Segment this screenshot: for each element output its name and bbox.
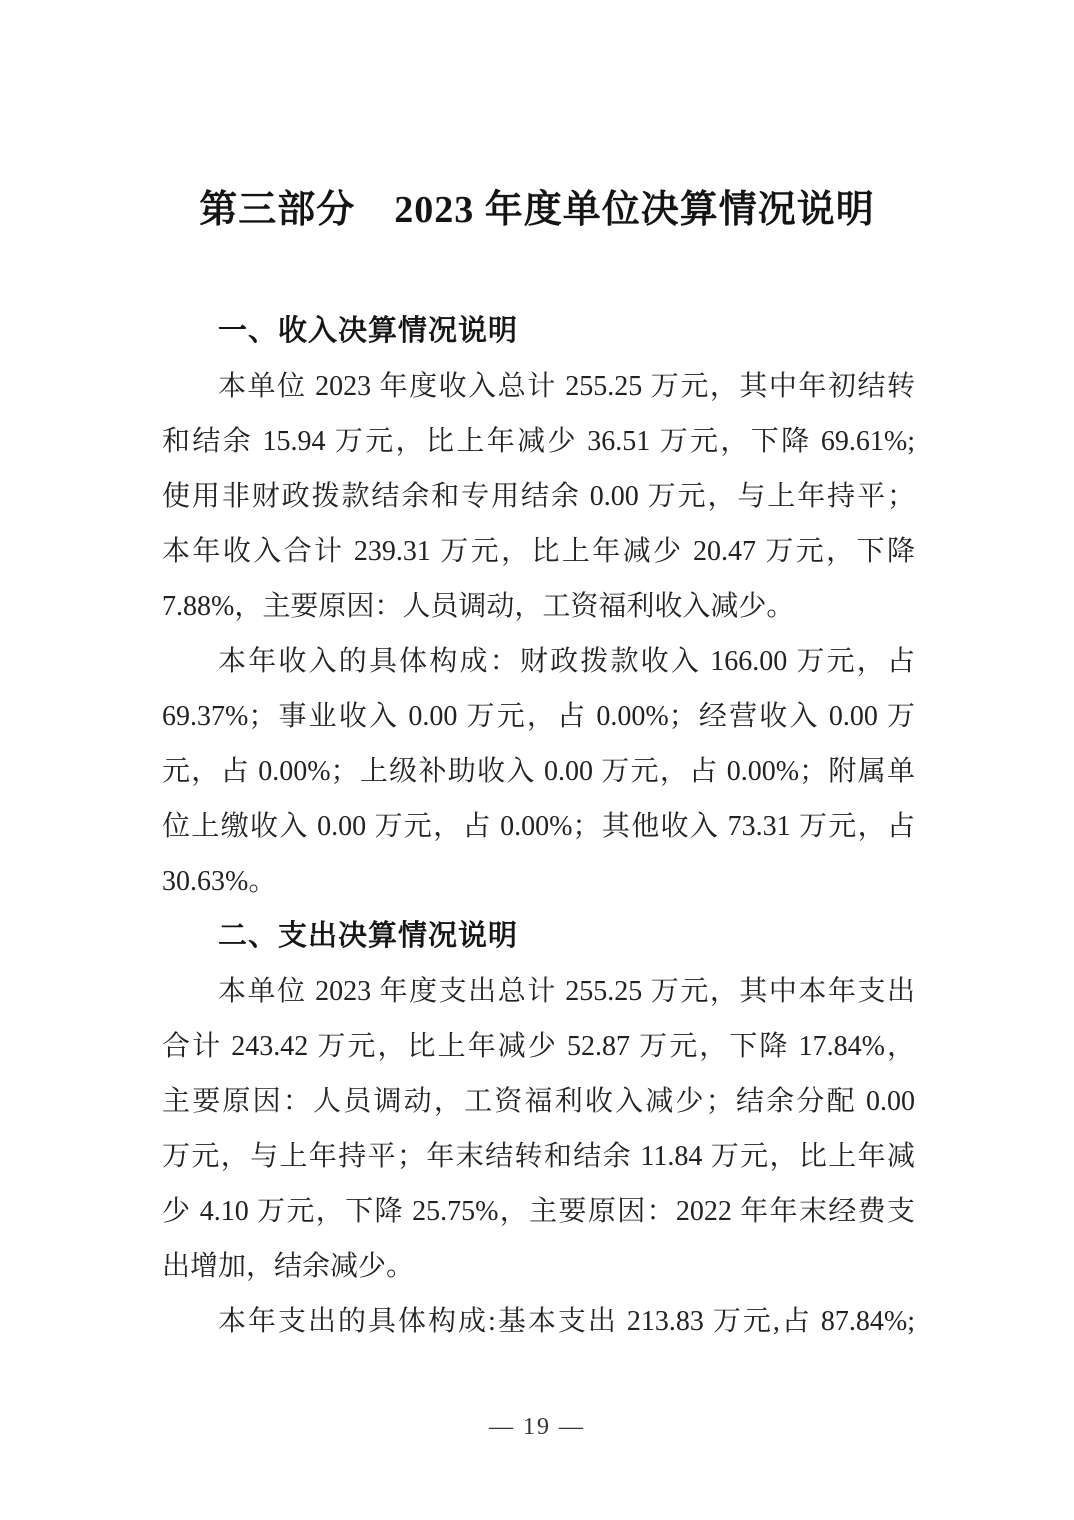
document-line: 元，占 0.00%；上级补助收入 0.00 万元，占 0.00%；附属单 xyxy=(162,744,915,799)
document-line: 本年收入合计 239.31 万元，比上年减少 20.47 万元，下降 xyxy=(162,524,915,579)
document-line: 7.88%，主要原因：人员调动，工资福利收入减少。 xyxy=(162,579,915,634)
document-line: 少 4.10 万元，下降 25.75%，主要原因：2022 年年末经费支 xyxy=(162,1184,915,1239)
document-line: 69.37%；事业收入 0.00 万元，占 0.00%；经营收入 0.00 万 xyxy=(162,689,915,744)
document-line: 使用非财政拨款结余和专用结余 0.00 万元，与上年持平； xyxy=(162,469,915,524)
document-line: 主要原因：人员调动，工资福利收入减少；结余分配 0.00 xyxy=(162,1074,915,1129)
document-line: 30.63%。 xyxy=(162,854,915,909)
page-title: 第三部分 2023 年度单位决算情况说明 xyxy=(0,185,1074,235)
document-line: 本年支出的具体构成:基本支出 213.83 万元,占 87.84%; xyxy=(162,1294,915,1349)
document-page: 第三部分 2023 年度单位决算情况说明 一、收入决算情况说明本单位 2023 … xyxy=(0,0,1074,1520)
document-line: 本单位 2023 年度支出总计 255.25 万元，其中本年支出 xyxy=(162,964,915,1019)
document-line: 合计 243.42 万元，比上年减少 52.87 万元，下降 17.84%， xyxy=(162,1019,915,1074)
document-line: 位上缴收入 0.00 万元，占 0.00%；其他收入 73.31 万元，占 xyxy=(162,799,915,854)
document-line: 本年收入的具体构成：财政拨款收入 166.00 万元，占 xyxy=(162,634,915,689)
document-line: 和结余 15.94 万元，比上年减少 36.51 万元，下降 69.61%; xyxy=(162,414,915,469)
section-heading: 二、支出决算情况说明 xyxy=(162,909,915,964)
document-line: 出增加，结余减少。 xyxy=(162,1239,915,1294)
page-number: — 19 — xyxy=(0,1412,1074,1442)
document-body: 一、收入决算情况说明本单位 2023 年度收入总计 255.25 万元，其中年初… xyxy=(162,304,915,1349)
section-heading: 一、收入决算情况说明 xyxy=(162,304,915,359)
document-line: 万元，与上年持平；年末结转和结余 11.84 万元，比上年减 xyxy=(162,1129,915,1184)
document-line: 本单位 2023 年度收入总计 255.25 万元，其中年初结转 xyxy=(162,359,915,414)
